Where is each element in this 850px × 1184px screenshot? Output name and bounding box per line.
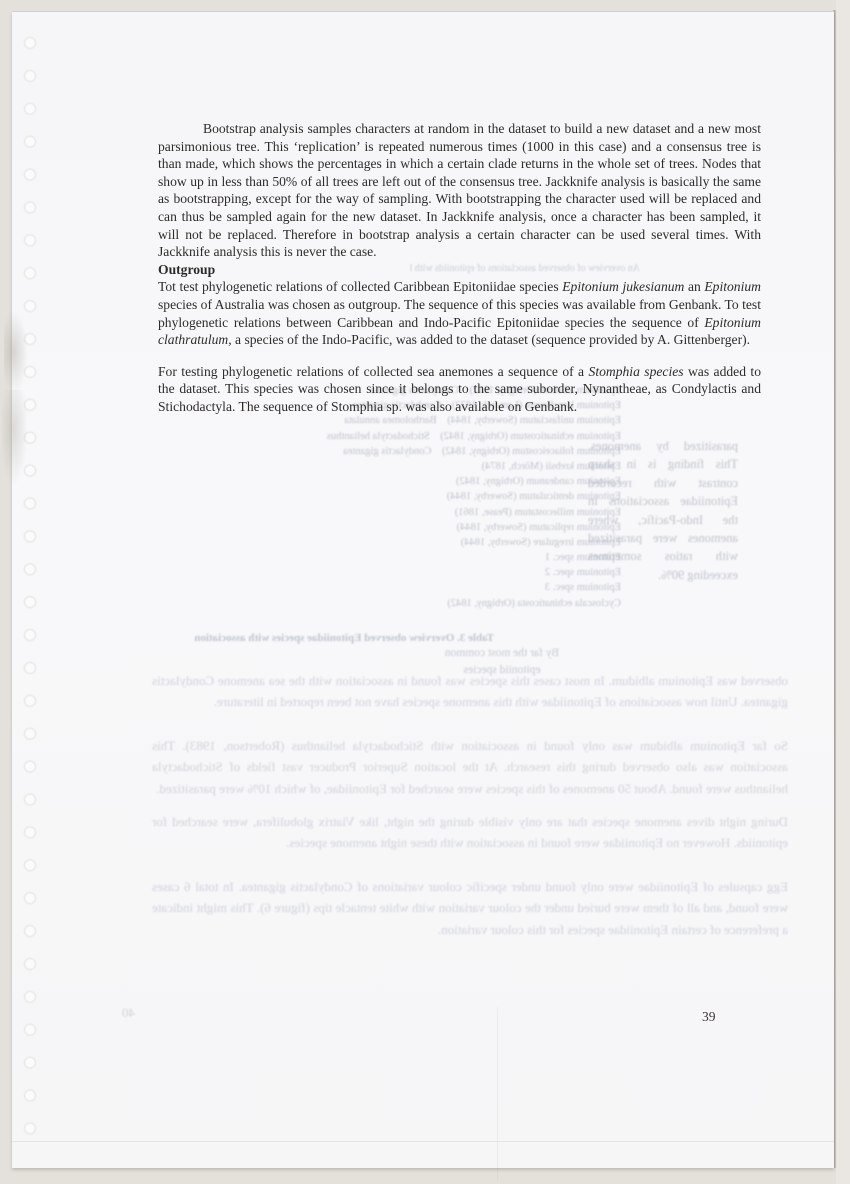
page-number: 39 <box>702 1009 716 1025</box>
bleedthrough-table-row: Epitonium spec. 3 <box>340 582 621 597</box>
bleedthrough-paragraph: During night dives anemone species that … <box>152 811 788 854</box>
section-heading-outgroup: Outgroup <box>158 261 761 279</box>
paragraph-outgroup: Tot test phylogenetic relations of colle… <box>158 278 761 348</box>
text-segment: For testing phylogenetic relations of co… <box>158 364 589 379</box>
bleedthrough-table-row: Epitonium millecostatum (Pease, 1861) <box>340 507 621 522</box>
bleedthrough-lead-line: By far the most common <box>432 645 572 662</box>
paragraph-bootstrap: Bootstrap analysis samples characters at… <box>158 120 761 261</box>
scanner-right-strip <box>836 0 850 1184</box>
bleedthrough-table-row: Epitonium replicatum (Sowerby, 1844) <box>340 522 621 537</box>
bleedthrough-table-row: Epitonium krebsii (Mörch, 1874) <box>340 461 621 476</box>
scanned-document: { "page": { "number": "39", "body": { "p… <box>0 0 850 1184</box>
bleedthrough-species-table: Epitonium albidum (Orbigny, 1842) Condyl… <box>340 385 621 613</box>
italic-species-name: Epitonium jukesianum <box>562 279 684 294</box>
bleedthrough-table-caption: Table 3. Overview observed Epitoniidae s… <box>148 632 494 644</box>
bleedthrough-paragraph: Egg capsules of Epitoniidae were only fo… <box>152 876 788 940</box>
bleedthrough-table-row: Epitonium irregulare (Sowerby, 1844) <box>340 537 621 552</box>
text-segment: Tot test phylogenetic relations of colle… <box>158 279 562 294</box>
bleedthrough-table-row: Cycloscala echinaticosta (Orbigny, 1842) <box>340 598 621 613</box>
text-segment: species of Australia was chosen as outgr… <box>158 297 761 330</box>
bleedthrough-paragraph: So far Epitonium albidum was only found … <box>152 735 788 799</box>
bleedthrough-table-row: Epitonium candeanum (Orbigny, 1842) <box>340 476 621 491</box>
bleedthrough-paragraph: observed was Epitonium albidum. In most … <box>152 670 788 713</box>
text-segment: , a species of the Indo-Pacific, was add… <box>228 332 750 347</box>
bleedthrough-table-row: Epitonium foliaceicostum (Orbigny, 1842)… <box>340 446 621 461</box>
italic-species-name: Stomphia species <box>589 364 684 379</box>
page-content: Bootstrap analysis samples characters at… <box>158 120 761 416</box>
text-segment: an <box>684 279 704 294</box>
scanned-page: An overview of observed associations of … <box>12 12 834 1168</box>
bleedthrough-table-row: Epitonium denticulatum (Sowerby, 1844) <box>340 491 621 506</box>
bleedthrough-table-row: Epitonium spec. 2 <box>340 567 621 582</box>
bleedthrough-table-row: Epitonium spec. 1 <box>340 552 621 567</box>
bleedthrough-table-row: Epitonium echinaticostum (Orbigny, 1842)… <box>340 431 621 446</box>
bleedthrough-table-row: Epitonium unifasciatum (Sowerby, 1844) B… <box>340 415 621 430</box>
bleedthrough-page-number: 40 <box>122 1005 135 1021</box>
italic-species-name: Epitonium <box>704 279 761 294</box>
paragraph-stomphia: For testing phylogenetic relations of co… <box>158 363 761 416</box>
